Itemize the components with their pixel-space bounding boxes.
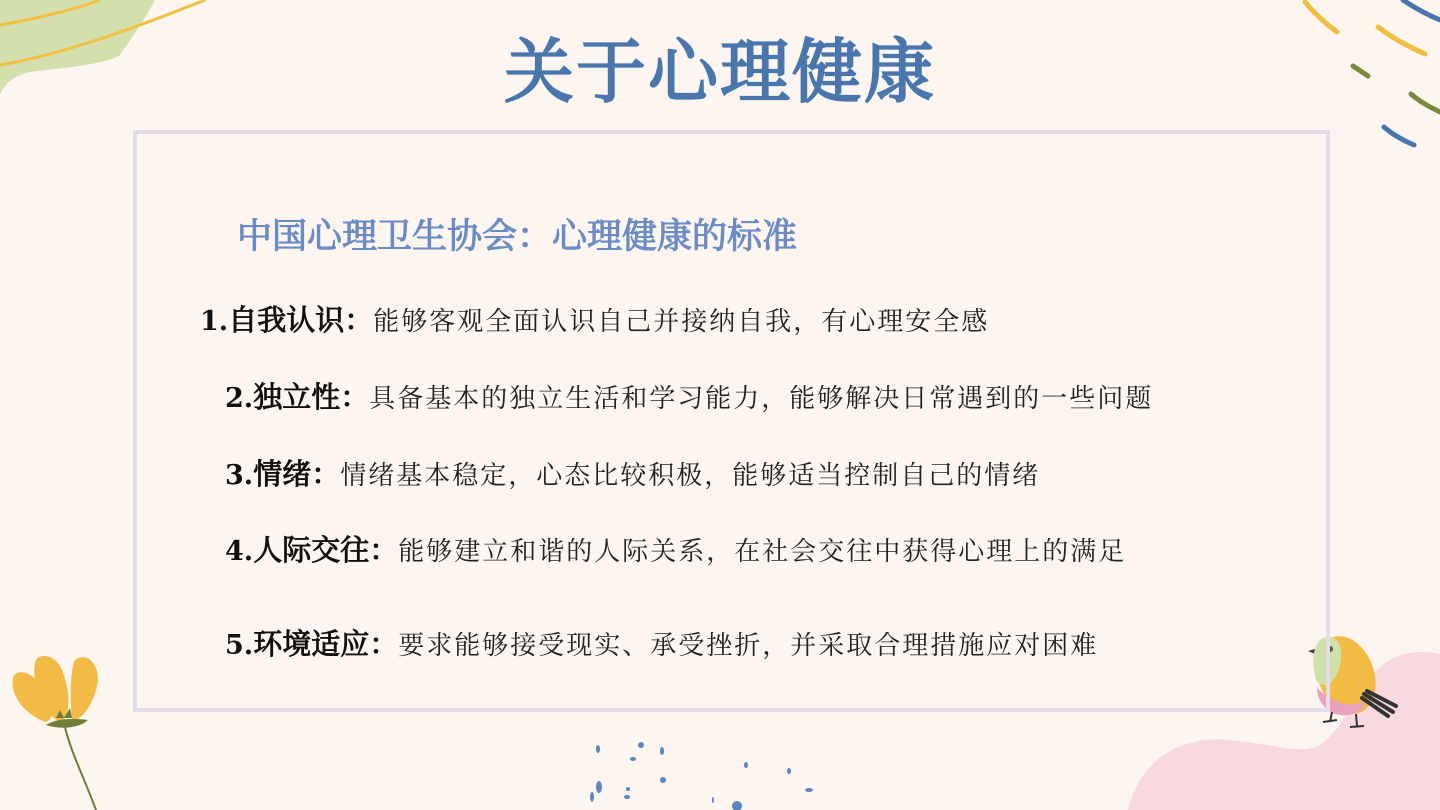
- standard-item-4: 4.人际交往：能够建立和谐的人际关系，在社会交往中获得心理上的满足: [225, 530, 1126, 572]
- item-description: 情绪基本稳定，心态比较积极，能够适当控制自己的情绪: [340, 461, 1040, 491]
- item-key: 人际交往：: [253, 533, 398, 567]
- standard-item-2: 2.独立性：具备基本的独立生活和学习能力，能够解决日常遇到的一些问题: [225, 377, 1153, 419]
- blue-confetti: [590, 742, 813, 810]
- item-key: 情绪：: [253, 457, 340, 491]
- item-description: 要求能够接受现实、承受挫折，并采取合理措施应对困难: [398, 631, 1098, 661]
- item-number: 3.: [225, 460, 253, 491]
- yellow-curve-line: [0, 0, 100, 25]
- standard-item-3: 3.情绪：情绪基本稳定，心态比较积极，能够适当控制自己的情绪: [225, 454, 1040, 496]
- item-description: 能够客观全面认识自己并接纳自我，有心理安全感: [373, 307, 989, 337]
- item-key: 环境适应：: [253, 627, 398, 661]
- standard-item-5: 5.环境适应：要求能够接受现实、承受挫折，并采取合理措施应对困难: [225, 624, 1098, 666]
- yellow-flower: [12, 656, 98, 810]
- item-description: 能够建立和谐的人际关系，在社会交往中获得心理上的满足: [398, 537, 1126, 567]
- standard-item-1: 1.自我认识：能够客观全面认识自己并接纳自我，有心理安全感: [200, 300, 989, 342]
- item-key: 独立性：: [253, 380, 369, 414]
- item-number: 4.: [225, 536, 253, 567]
- item-key: 自我认识：: [228, 303, 373, 337]
- section-subtitle: 中国心理卫生协会：心理健康的标准: [237, 212, 797, 262]
- page-title: 关于心理健康: [0, 26, 1440, 118]
- item-description: 具备基本的独立生活和学习能力，能够解决日常遇到的一些问题: [369, 384, 1153, 414]
- item-number: 1.: [200, 306, 228, 337]
- item-number: 2.: [225, 383, 253, 414]
- item-number: 5.: [225, 630, 253, 661]
